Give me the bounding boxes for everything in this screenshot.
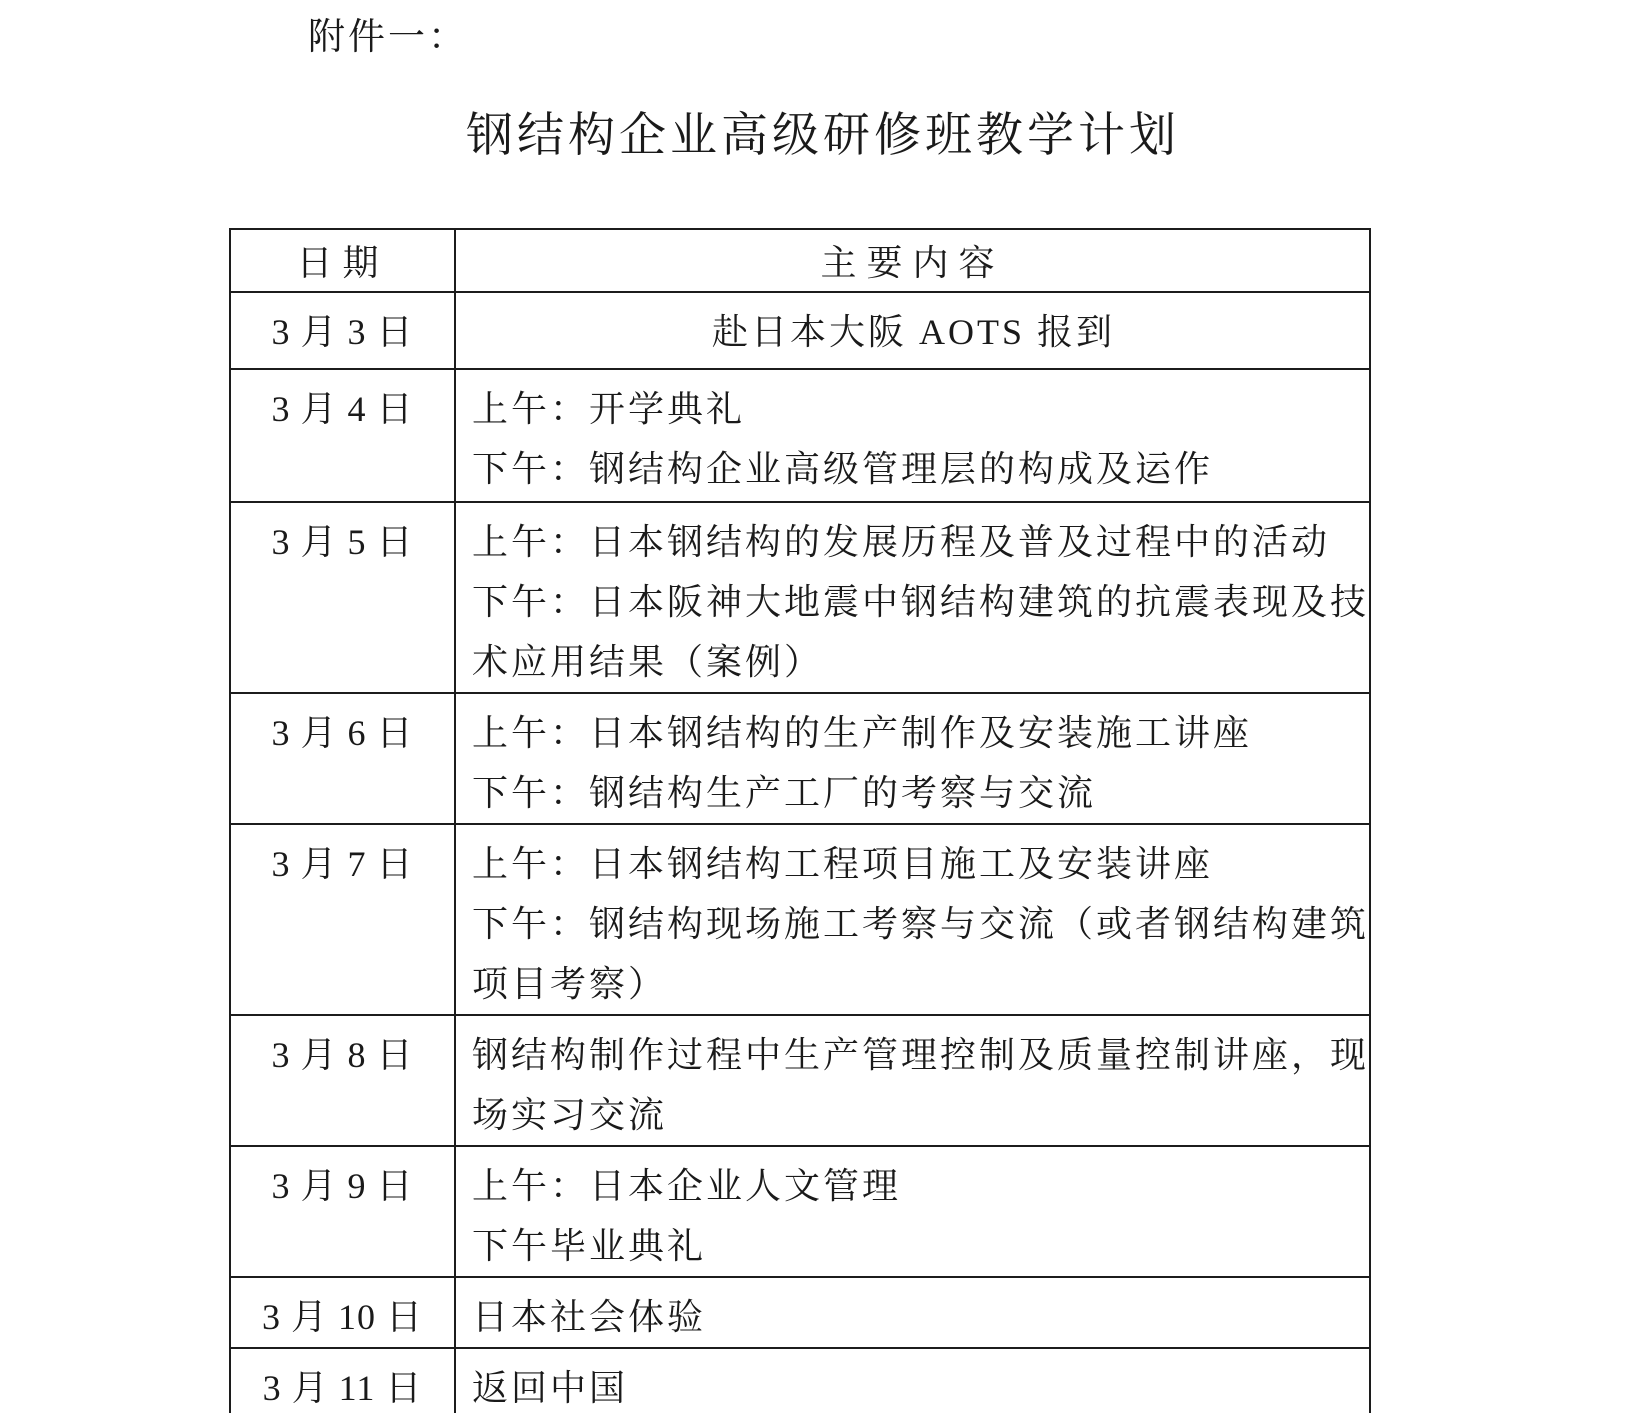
date-cell: 3 月 3 日 xyxy=(230,292,455,369)
date-cell: 3 月 4 日 xyxy=(230,369,455,502)
table-row-mar11: 3 月 11 日 返回中国 xyxy=(230,1348,1370,1413)
content-line: 上午：日本钢结构的发展历程及普及过程中的活动 xyxy=(472,512,1355,572)
date-cell: 3 月 8 日 xyxy=(230,1015,455,1146)
content-line: 下午毕业典礼 xyxy=(472,1216,1355,1276)
content-line: 返回中国 xyxy=(472,1358,1355,1413)
page-title: 钢结构企业高级研修班教学计划 xyxy=(0,98,1646,165)
content-line: 场实习交流 xyxy=(472,1085,1355,1145)
attachment-label: 附件一： xyxy=(308,6,468,60)
table-row-mar8: 3 月 8 日 钢结构制作过程中生产管理控制及质量控制讲座，现 场实习交流 xyxy=(230,1015,1370,1146)
content-line: 下午：钢结构生产工厂的考察与交流 xyxy=(472,763,1355,823)
date-cell: 3 月 9 日 xyxy=(230,1146,455,1277)
header-content-cell: 主要内容 xyxy=(455,229,1370,292)
document-page: 附件一： 钢结构企业高级研修班教学计划 日期 主要内容 3 月 3 日 赴日本大… xyxy=(0,0,1646,1413)
table-row-mar5: 3 月 5 日 上午：日本钢结构的发展历程及普及过程中的活动 下午：日本阪神大地… xyxy=(230,502,1370,693)
content-cell: 返回中国 xyxy=(455,1348,1370,1413)
content-line: 术应用结果（案例） xyxy=(472,632,1355,692)
content-cell: 日本社会体验 xyxy=(455,1277,1370,1348)
content-cell: 钢结构制作过程中生产管理控制及质量控制讲座，现 场实习交流 xyxy=(455,1015,1370,1146)
content-cell: 上午：日本钢结构的发展历程及普及过程中的活动 下午：日本阪神大地震中钢结构建筑的… xyxy=(455,502,1370,693)
content-line: 项目考察） xyxy=(472,954,1355,1014)
content-cell: 上午：日本钢结构的生产制作及安装施工讲座 下午：钢结构生产工厂的考察与交流 xyxy=(455,693,1370,824)
table-row-mar9: 3 月 9 日 上午：日本企业人文管理 下午毕业典礼 xyxy=(230,1146,1370,1277)
content-line: 上午：日本企业人文管理 xyxy=(472,1156,1355,1216)
table-row-mar7: 3 月 7 日 上午：日本钢结构工程项目施工及安装讲座 下午：钢结构现场施工考察… xyxy=(230,824,1370,1015)
table-row-mar10: 3 月 10 日 日本社会体验 xyxy=(230,1277,1370,1348)
header-date-cell: 日期 xyxy=(230,229,455,292)
content-line: 上午：日本钢结构工程项目施工及安装讲座 xyxy=(472,834,1355,894)
content-line: 下午：钢结构现场施工考察与交流（或者钢结构建筑 xyxy=(472,894,1355,954)
header-row: 日期 主要内容 xyxy=(230,229,1370,292)
content-line: 上午：日本钢结构的生产制作及安装施工讲座 xyxy=(472,703,1355,763)
content-cell: 赴日本大阪 AOTS 报到 xyxy=(455,292,1370,369)
content-line: 钢结构制作过程中生产管理控制及质量控制讲座，现 xyxy=(472,1025,1355,1085)
date-cell: 3 月 10 日 xyxy=(230,1277,455,1348)
date-cell: 3 月 5 日 xyxy=(230,502,455,693)
table-row-mar3: 3 月 3 日 赴日本大阪 AOTS 报到 xyxy=(230,292,1370,369)
date-cell: 3 月 11 日 xyxy=(230,1348,455,1413)
content-cell: 上午：日本钢结构工程项目施工及安装讲座 下午：钢结构现场施工考察与交流（或者钢结… xyxy=(455,824,1370,1015)
content-line: 日本社会体验 xyxy=(472,1287,1355,1347)
content-line: 下午：日本阪神大地震中钢结构建筑的抗震表现及技 xyxy=(472,572,1355,632)
content-line: 下午：钢结构企业高级管理层的构成及运作 xyxy=(472,439,1355,499)
date-cell: 3 月 7 日 xyxy=(230,824,455,1015)
table-row-mar6: 3 月 6 日 上午：日本钢结构的生产制作及安装施工讲座 下午：钢结构生产工厂的… xyxy=(230,693,1370,824)
schedule-table: 日期 主要内容 3 月 3 日 赴日本大阪 AOTS 报到 3 月 4 日 上午… xyxy=(229,228,1371,1413)
date-cell: 3 月 6 日 xyxy=(230,693,455,824)
content-line: 赴日本大阪 AOTS 报到 xyxy=(472,302,1355,362)
content-cell: 上午：日本企业人文管理 下午毕业典礼 xyxy=(455,1146,1370,1277)
content-line: 上午：开学典礼 xyxy=(472,379,1355,439)
table-row-mar4: 3 月 4 日 上午：开学典礼 下午：钢结构企业高级管理层的构成及运作 xyxy=(230,369,1370,502)
content-cell: 上午：开学典礼 下午：钢结构企业高级管理层的构成及运作 xyxy=(455,369,1370,502)
